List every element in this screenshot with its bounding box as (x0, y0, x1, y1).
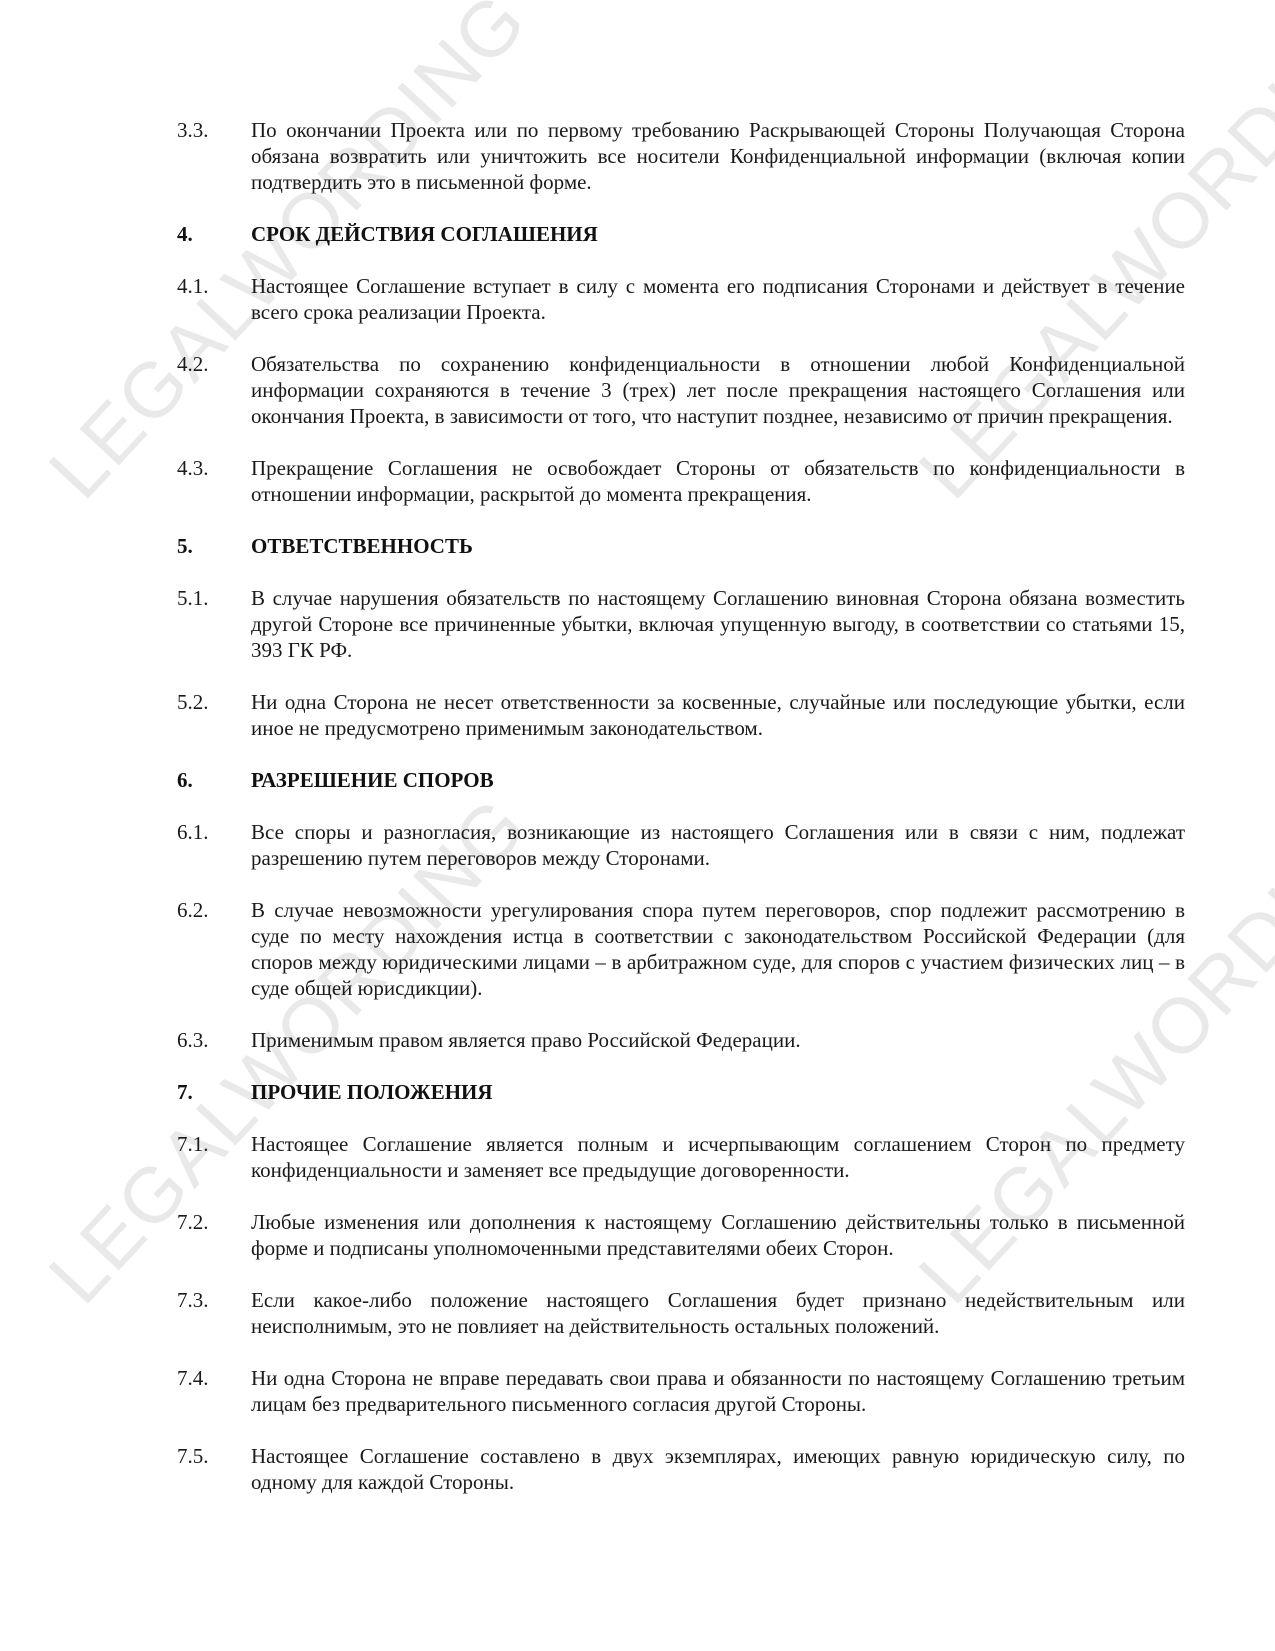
clause-number: 3.3. (177, 117, 251, 195)
clause-text: Если какое-либо положение настоящего Сог… (251, 1287, 1185, 1339)
clause-number: 7.2. (177, 1209, 251, 1261)
clause-4-3: 4.3. Прекращение Соглашения не освобожда… (177, 455, 1185, 507)
clause-number: 4.1. (177, 273, 251, 325)
clause-number: 6.1. (177, 819, 251, 871)
clause-7-5: 7.5. Настоящее Соглашение составлено в д… (177, 1443, 1185, 1495)
section-number: 7. (177, 1079, 251, 1105)
clause-5-2: 5.2. Ни одна Сторона не несет ответствен… (177, 689, 1185, 741)
clause-text: Настоящее Соглашение составлено в двух э… (251, 1443, 1185, 1495)
section-number: 4. (177, 221, 251, 247)
clause-7-4: 7.4. Ни одна Сторона не вправе передават… (177, 1365, 1185, 1417)
clause-text: Ни одна Сторона не несет ответственности… (251, 689, 1185, 741)
document-page: 3.3. По окончании Проекта или по первому… (177, 117, 1185, 1521)
clause-7-1: 7.1. Настоящее Соглашение является полны… (177, 1131, 1185, 1183)
clause-number: 4.3. (177, 455, 251, 507)
clause-7-2: 7.2. Любые изменения или дополнения к на… (177, 1209, 1185, 1261)
clause-text: Настоящее Соглашение является полным и и… (251, 1131, 1185, 1183)
clause-text: Любые изменения или дополнения к настоящ… (251, 1209, 1185, 1261)
clause-text: Прекращение Соглашения не освобождает Ст… (251, 455, 1185, 507)
section-title: СРОК ДЕЙСТВИЯ СОГЛАШЕНИЯ (251, 221, 598, 247)
clause-number: 4.2. (177, 351, 251, 429)
clause-6-2: 6.2. В случае невозможности урегулирован… (177, 897, 1185, 1001)
clause-3-3: 3.3. По окончании Проекта или по первому… (177, 117, 1185, 195)
clause-number: 6.3. (177, 1027, 251, 1053)
clause-text: Все споры и разногласия, возникающие из … (251, 819, 1185, 871)
clause-5-1: 5.1. В случае нарушения обязательств по … (177, 585, 1185, 663)
clause-text: Применимым правом является право Российс… (251, 1027, 1185, 1053)
clause-number: 5.2. (177, 689, 251, 741)
clause-number: 5.1. (177, 585, 251, 663)
clause-number: 7.4. (177, 1365, 251, 1417)
clause-number: 7.3. (177, 1287, 251, 1339)
clause-4-1: 4.1. Настоящее Соглашение вступает в сил… (177, 273, 1185, 325)
clause-number: 7.1. (177, 1131, 251, 1183)
section-title: ПРОЧИЕ ПОЛОЖЕНИЯ (251, 1079, 493, 1105)
clause-4-2: 4.2. Обязательства по сохранению конфиде… (177, 351, 1185, 429)
clause-6-1: 6.1. Все споры и разногласия, возникающи… (177, 819, 1185, 871)
section-heading-5: 5. ОТВЕТСТВЕННОСТЬ (177, 533, 1185, 559)
section-heading-4: 4. СРОК ДЕЙСТВИЯ СОГЛАШЕНИЯ (177, 221, 1185, 247)
section-title: ОТВЕТСТВЕННОСТЬ (251, 533, 473, 559)
clause-number: 7.5. (177, 1443, 251, 1495)
clause-6-3: 6.3. Применимым правом является право Ро… (177, 1027, 1185, 1053)
section-number: 6. (177, 767, 251, 793)
clause-text: Обязательства по сохранению конфиденциал… (251, 351, 1185, 429)
clause-text: Настоящее Соглашение вступает в силу с м… (251, 273, 1185, 325)
section-number: 5. (177, 533, 251, 559)
clause-text: В случае нарушения обязательств по насто… (251, 585, 1185, 663)
section-title: РАЗРЕШЕНИЕ СПОРОВ (251, 767, 494, 793)
clause-text: По окончании Проекта или по первому треб… (251, 117, 1185, 195)
clause-7-3: 7.3. Если какое-либо положение настоящег… (177, 1287, 1185, 1339)
clause-text: Ни одна Сторона не вправе передавать сво… (251, 1365, 1185, 1417)
section-heading-6: 6. РАЗРЕШЕНИЕ СПОРОВ (177, 767, 1185, 793)
clause-text: В случае невозможности урегулирования сп… (251, 897, 1185, 1001)
section-heading-7: 7. ПРОЧИЕ ПОЛОЖЕНИЯ (177, 1079, 1185, 1105)
clause-number: 6.2. (177, 897, 251, 1001)
